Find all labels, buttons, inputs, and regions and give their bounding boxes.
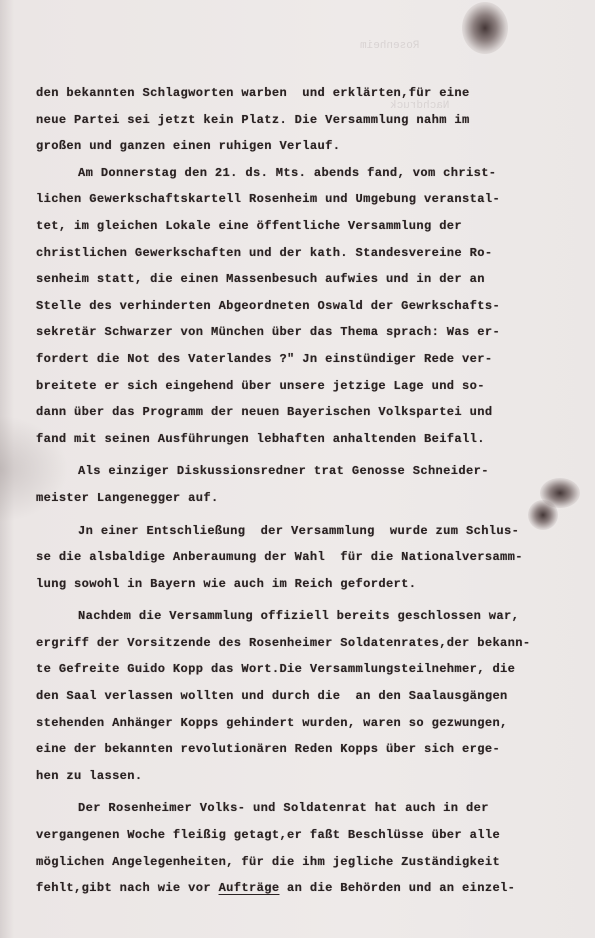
text-segment: fehlt,gibt nach wie vor [36, 881, 219, 895]
text-line: dann über das Programm der neuen Bayeris… [36, 399, 566, 426]
text-segment: an die Behörden und an einzel- [279, 881, 515, 895]
text-line: se die alsbaldige Anberaumung der Wahl f… [36, 544, 566, 571]
text-line: breitete er sich eingehend über unsere j… [36, 373, 566, 400]
text-line: eine der bekannten revolutionären Reden … [36, 736, 566, 763]
typewritten-text: den bekannten Schlagworten warben und er… [36, 80, 566, 902]
text-line: Der Rosenheimer Volks- und Soldatenrat h… [36, 795, 566, 822]
text-line: lung sowohl in Bayern wie auch im Reich … [36, 571, 566, 598]
text-line-with-underline: fehlt,gibt nach wie vor Aufträge an die … [36, 875, 566, 902]
text-line: Als einziger Diskussionsredner trat Geno… [36, 458, 566, 485]
ink-stain [462, 2, 508, 54]
text-line: ergriff der Vorsitzende des Rosenheimer … [36, 630, 566, 657]
bleed-through-text: Rosenheim [360, 40, 419, 52]
text-line: Jn einer Entschließung der Versammlung w… [36, 518, 566, 545]
text-line: möglichen Angelegenheiten, für die ihm j… [36, 849, 566, 876]
text-line: fordert die Not des Vaterlandes ?" Jn ei… [36, 346, 566, 373]
text-line: christlichen Gewerkschaften und der kath… [36, 240, 566, 267]
text-line: fand mit seinen Ausführungen lebhaften a… [36, 426, 566, 453]
text-line: Nachdem die Versammlung offiziell bereit… [36, 603, 566, 630]
text-line: meister Langenegger auf. [36, 485, 566, 512]
text-line: te Gefreite Guido Kopp das Wort.Die Vers… [36, 656, 566, 683]
text-line: vergangenen Woche fleißig getagt,er faßt… [36, 822, 566, 849]
text-line: sekretär Schwarzer von München über das … [36, 319, 566, 346]
text-line: hen zu lassen. [36, 763, 566, 790]
text-line: den Saal verlassen wollten und durch die… [36, 683, 566, 710]
text-line: Am Donnerstag den 21. ds. Mts. abends fa… [36, 160, 566, 187]
text-line: stehenden Anhänger Kopps gehindert wurde… [36, 710, 566, 737]
document-page: Rosenheim Nachdruck den bekannten Schlag… [0, 0, 595, 938]
text-line: lichen Gewerkschaftskartell Rosenheim un… [36, 186, 566, 213]
text-line: tet, im gleichen Lokale eine öffentliche… [36, 213, 566, 240]
text-line: Stelle des verhinderten Abgeordneten Osw… [36, 293, 566, 320]
text-line: senheim statt, die einen Massenbesuch au… [36, 266, 566, 293]
text-line: neue Partei sei jetzt kein Platz. Die Ve… [36, 107, 566, 134]
text-line: den bekannten Schlagworten warben und er… [36, 80, 566, 107]
text-line: großen und ganzen einen ruhigen Verlauf. [36, 133, 566, 160]
underlined-word: Aufträge [219, 881, 280, 895]
